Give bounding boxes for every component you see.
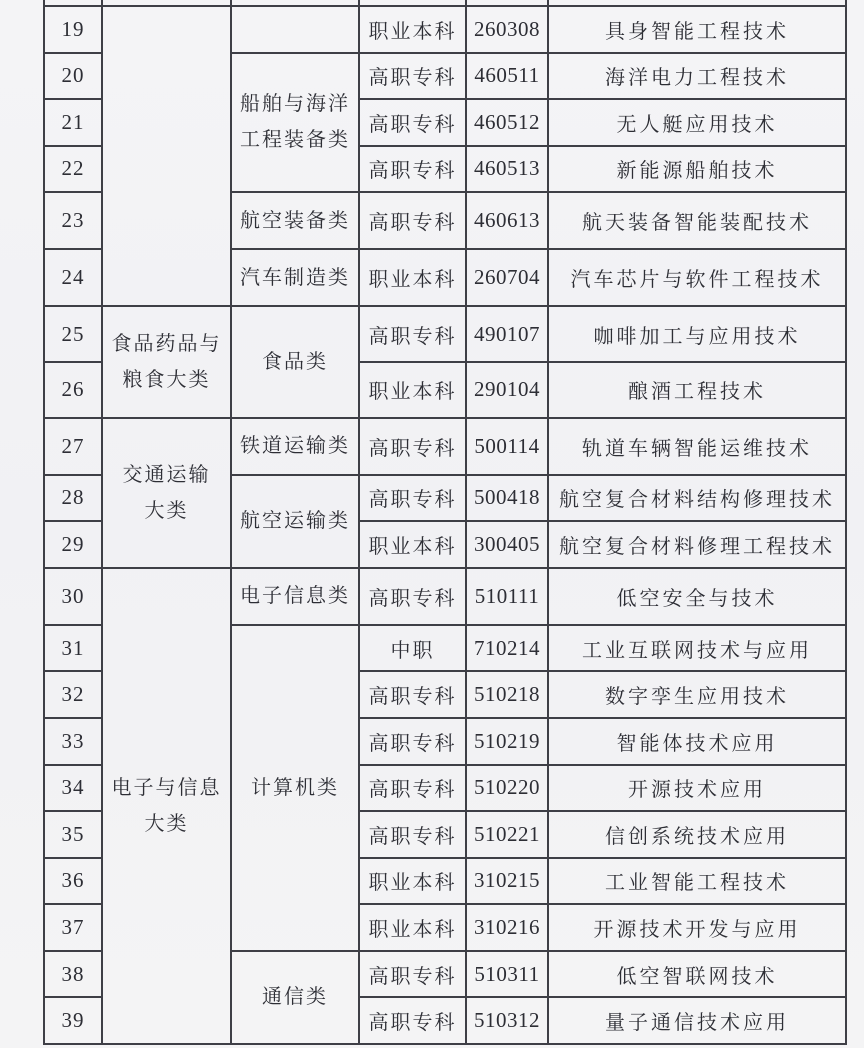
level-cell: 高职专科 [359,418,466,475]
row-number-cell: 36 [44,858,102,905]
level-cell: 高职专科 [359,951,466,998]
level-cell: 职业本科 [359,362,466,418]
row-number-cell: 21 [44,99,102,146]
subcategory-cell: 食品类 [231,306,359,417]
code-cell: 260704 [466,249,548,306]
major-name-cell: 航空复合材料结构修理技术 [548,475,846,522]
major-name-cell: 酿酒工程技术 [548,362,846,418]
subcategory-cell: 计算机类 [231,625,359,951]
major-name-cell: 数字孪生应用技术 [548,671,846,718]
code-cell: 310215 [466,858,548,905]
code-cell: 300405 [466,521,548,568]
code-cell: 460511 [466,53,548,100]
major-name-cell: 低空智联网技术 [548,951,846,998]
category-cell: 交通运输 大类 [102,418,231,568]
table-row: 19 职业本科 260308 具身智能工程技术 [44,6,846,53]
table-row: 27 交通运输 大类 铁道运输类 高职专科 500114 轨道车辆智能运维技术 [44,418,846,475]
major-name-cell: 咖啡加工与应用技术 [548,306,846,362]
row-number-cell: 30 [44,568,102,625]
code-cell: 510219 [466,718,548,765]
major-name-cell: 汽车芯片与软件工程技术 [548,249,846,306]
level-cell: 职业本科 [359,249,466,306]
code-cell: 510218 [466,671,548,718]
level-cell: 高职专科 [359,765,466,812]
row-number-cell: 23 [44,192,102,249]
row-number-cell: 19 [44,6,102,53]
category-cell: 电子与信息 大类 [102,568,231,1044]
row-number-cell: 24 [44,249,102,306]
subcategory-cell: 电子信息类 [231,568,359,625]
code-cell: 710214 [466,625,548,672]
code-cell: 490107 [466,306,548,362]
row-number-cell: 32 [44,671,102,718]
subcategory-cell: 通信类 [231,951,359,1044]
document-page: 19 职业本科 260308 具身智能工程技术 20 船舶与海洋 工程装备类 高… [0,0,864,1048]
subcategory-cell: 汽车制造类 [231,249,359,306]
major-name-cell: 航天装备智能装配技术 [548,192,846,249]
major-name-cell: 开源技术应用 [548,765,846,812]
major-name-cell: 工业智能工程技术 [548,858,846,905]
category-cell: 食品药品与 粮食大类 [102,306,231,417]
code-cell: 500114 [466,418,548,475]
subcategory-cell: 船舶与海洋 工程装备类 [231,53,359,193]
major-name-cell: 智能体技术应用 [548,718,846,765]
code-cell: 310216 [466,904,548,951]
level-cell: 职业本科 [359,904,466,951]
subcategory-cell: 铁道运输类 [231,418,359,475]
major-name-cell: 开源技术开发与应用 [548,904,846,951]
row-number-cell: 35 [44,811,102,858]
row-number-cell: 22 [44,146,102,193]
major-name-cell: 轨道车辆智能运维技术 [548,418,846,475]
major-name-cell: 海洋电力工程技术 [548,53,846,100]
row-number-cell: 38 [44,951,102,998]
level-cell: 高职专科 [359,53,466,100]
level-cell: 高职专科 [359,306,466,362]
code-cell: 510221 [466,811,548,858]
major-name-cell: 低空安全与技术 [548,568,846,625]
code-cell: 460512 [466,99,548,146]
row-number-cell: 27 [44,418,102,475]
table-row: 25 食品药品与 粮食大类 食品类 高职专科 490107 咖啡加工与应用技术 [44,306,846,362]
level-cell: 职业本科 [359,6,466,53]
subcategory-cell: 航空运输类 [231,475,359,568]
major-name-cell: 新能源船舶技术 [548,146,846,193]
code-cell: 290104 [466,362,548,418]
table-row: 30 电子与信息 大类 电子信息类 高职专科 510111 低空安全与技术 [44,568,846,625]
level-cell: 职业本科 [359,858,466,905]
code-cell: 510111 [466,568,548,625]
subcategory-cell: 航空装备类 [231,192,359,249]
level-cell: 高职专科 [359,671,466,718]
row-number-cell: 34 [44,765,102,812]
row-number-cell: 28 [44,475,102,522]
category-cell [102,6,231,306]
code-cell: 510220 [466,765,548,812]
level-cell: 高职专科 [359,568,466,625]
row-number-cell: 39 [44,997,102,1044]
code-cell: 460613 [466,192,548,249]
major-name-cell: 量子通信技术应用 [548,997,846,1044]
row-number-cell: 26 [44,362,102,418]
major-name-cell: 信创系统技术应用 [548,811,846,858]
level-cell: 高职专科 [359,811,466,858]
level-cell: 中职 [359,625,466,672]
row-number-cell: 29 [44,521,102,568]
code-cell: 510311 [466,951,548,998]
row-number-cell: 20 [44,53,102,100]
major-name-cell: 工业互联网技术与应用 [548,625,846,672]
row-number-cell: 31 [44,625,102,672]
code-cell: 500418 [466,475,548,522]
code-cell: 460513 [466,146,548,193]
row-number-cell: 25 [44,306,102,362]
majors-table: 19 职业本科 260308 具身智能工程技术 20 船舶与海洋 工程装备类 高… [43,0,847,1045]
level-cell: 高职专科 [359,997,466,1044]
code-cell: 260308 [466,6,548,53]
level-cell: 高职专科 [359,192,466,249]
level-cell: 高职专科 [359,718,466,765]
major-name-cell: 无人艇应用技术 [548,99,846,146]
row-number-cell: 37 [44,904,102,951]
code-cell: 510312 [466,997,548,1044]
level-cell: 高职专科 [359,146,466,193]
row-number-cell: 33 [44,718,102,765]
subcategory-cell [231,6,359,53]
level-cell: 高职专科 [359,99,466,146]
major-name-cell: 具身智能工程技术 [548,6,846,53]
major-name-cell: 航空复合材料修理工程技术 [548,521,846,568]
level-cell: 职业本科 [359,521,466,568]
level-cell: 高职专科 [359,475,466,522]
